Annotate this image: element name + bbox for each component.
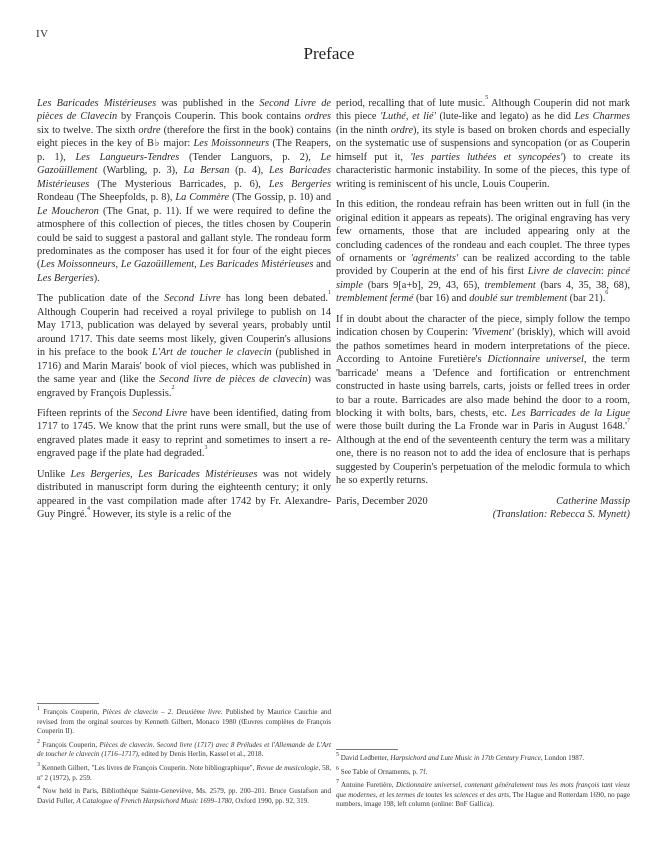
footnote-ref-1[interactable]: 1: [328, 290, 331, 296]
paragraph-5: period, recalling that of lute music.5 A…: [336, 97, 630, 191]
footnote-4: 4 Now held in Paris, Bibliothèque Sainte…: [37, 787, 331, 806]
footnote-5: 5 David Ledbetter, Harpsichord and Lute …: [336, 754, 630, 764]
footnote-ref-6[interactable]: 6: [605, 290, 608, 296]
footnote-6: 6 See Table of Ornaments, p. 7f.: [336, 768, 630, 778]
place-date: Paris, December 2020: [336, 495, 428, 508]
footnote-7: 7 Antoine Furetière, Dictionnaire univer…: [336, 781, 630, 810]
page-title: Preface: [0, 44, 658, 64]
footnote-ref-2[interactable]: 2: [171, 385, 174, 391]
footnotes-left: 1 François Couperin, Pièces de clavecin …: [37, 703, 331, 810]
footnote-divider: [37, 703, 99, 704]
paragraph-1: Les Baricades Mistérieuses was published…: [37, 97, 331, 285]
translation-credit: (Translation: Rebecca S. Mynett): [336, 508, 630, 521]
paragraph-6: In this edition, the rondeau refrain has…: [336, 198, 630, 306]
footnote-ref-5[interactable]: 5: [485, 95, 488, 101]
footnote-ref-4[interactable]: 4: [87, 506, 90, 512]
paragraph-2: The publication date of the Second Livre…: [37, 292, 331, 400]
footnote-ref-7[interactable]: 7: [627, 418, 630, 424]
footnote-1: 1 François Couperin, Pièces de clavecin …: [37, 708, 331, 737]
left-column: Les Baricades Mistérieuses was published…: [37, 97, 331, 529]
paragraph-4: Unlike Les Bergeries, Les Baricades Mist…: [37, 468, 331, 522]
footnotes-right: 5 David Ledbetter, Harpsichord and Lute …: [336, 749, 630, 814]
footnote-ref-3[interactable]: 3: [204, 445, 207, 451]
paragraph-3: Fifteen reprints of the Second Livre hav…: [37, 407, 331, 461]
page-number: IV: [36, 28, 49, 40]
signature-row: Paris, December 2020 Catherine Massip: [336, 495, 630, 508]
right-column: period, recalling that of lute music.5 A…: [336, 97, 630, 522]
author-name: Catherine Massip: [556, 495, 630, 508]
footnote-3: 3 Kenneth Gilbert, "Les livres de Franço…: [37, 764, 331, 783]
footnote-divider: [336, 749, 398, 750]
footnote-2: 2 François Couperin, Pièces de clavecin.…: [37, 741, 331, 760]
paragraph-7: If in doubt about the character of the p…: [336, 313, 630, 488]
